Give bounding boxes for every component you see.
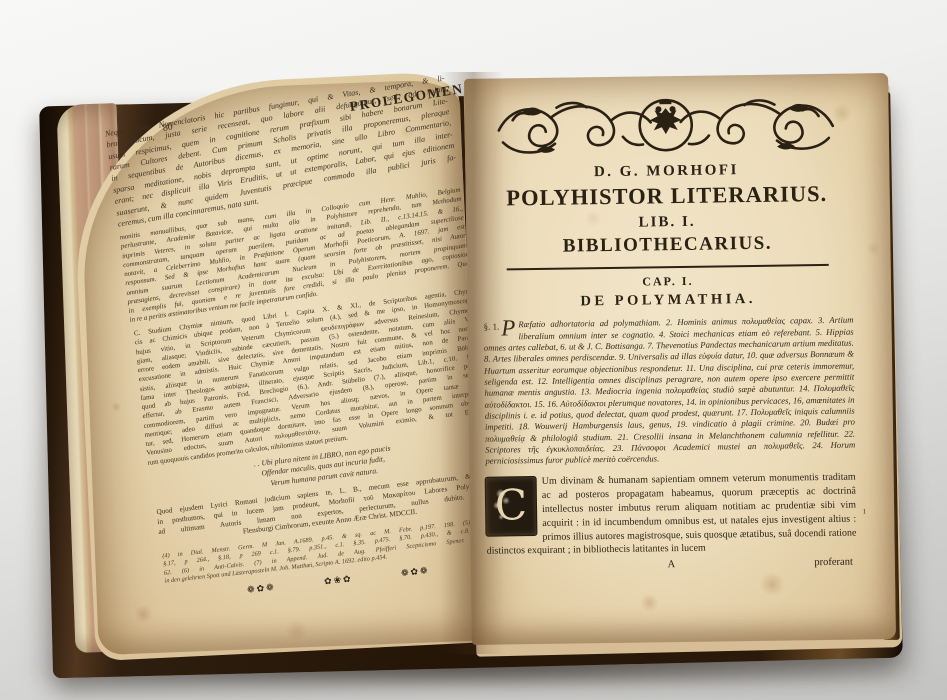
headpiece-eagle-woodcut-icon [492,94,839,159]
body-text: Um divinam & humanam sapientiam omnem ve… [487,472,857,557]
chapter-title: DE POLYMATHIA. [483,290,853,312]
signature-row: A proferant [487,557,857,573]
fleuron-icon: ❁✿❁ [401,566,430,579]
body-paragraph: CUm divinam & humanam sapientiam omnem v… [486,471,857,559]
subtitle-line: BIBLIOTHECARIUS. [482,232,852,259]
summary-prefix: §. 1. [483,322,499,332]
initial-letter: C [495,481,528,530]
author-line: D. G. MORHOFI [481,161,851,183]
section-rule [507,264,829,271]
fleuron-icon: ❁✿❁ [247,583,276,596]
left-page-text-column: Neque enim Nomenclatoris hic partibus fu… [105,76,508,605]
summary-lead: §. 1.P [483,320,518,339]
summary-paragraph: §. 1.PRæfatio adhortatoria ad polymathia… [483,315,855,467]
title-line: POLYHISTOR LITERARIUS. [482,181,852,212]
chapter-heading: CAP. I. [483,272,853,292]
signature-mark: A [668,559,677,570]
catchword: proferant [676,557,857,571]
summary-dropcap: P [499,320,515,339]
margin-note: 1 [863,507,867,515]
lib-line: LIB. I. [482,212,852,234]
left-page: PROLEGOMENA. 80 Neque enim Nomenclatoris… [77,79,480,655]
right-page-text-column: D. G. MORHOFI POLYHISTOR LITERARIUS. LIB… [480,94,857,573]
fleuron-icon: ✿❀✿ [324,575,353,588]
decorated-initial-C: C [486,477,537,536]
right-page: D. G. MORHOFI POLYHISTOR LITERARIUS. LIB… [464,73,896,645]
photo-background: PROLEGOMENA. 80 Neque enim Nomenclatoris… [0,0,947,700]
summary-text: Ræfatio adhortatoria ad polymathiam. 2. … [484,315,856,466]
